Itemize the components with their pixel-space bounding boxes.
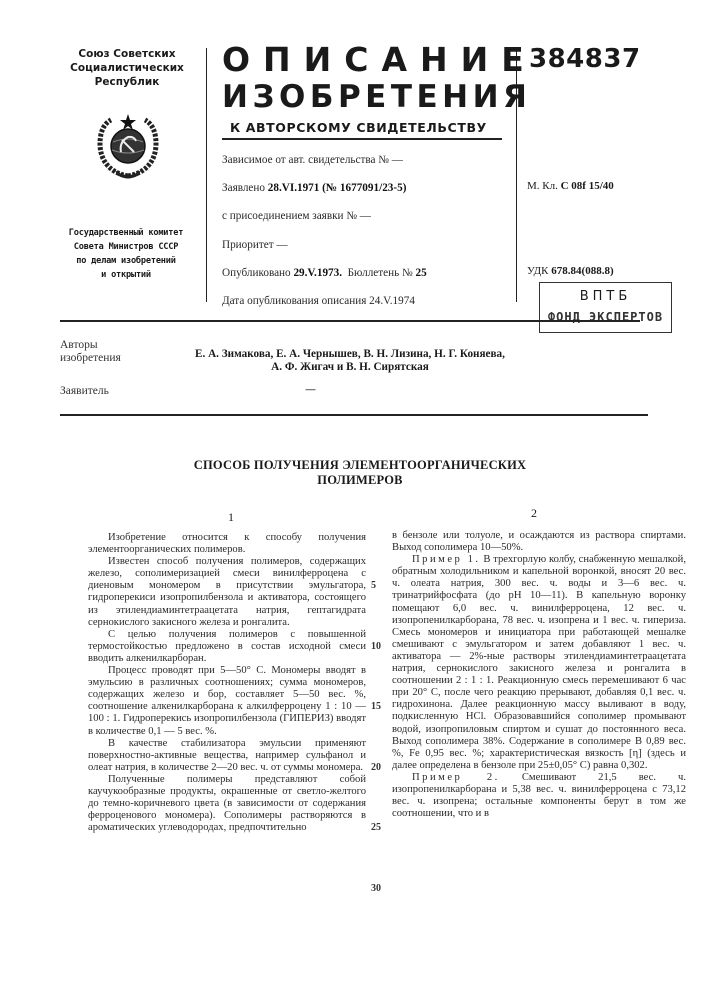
dependent-certificate: Зависимое от авт. свидетельства № — [222, 154, 403, 166]
paragraph: В качестве стабилизатора эмульсии примен… [88, 738, 366, 774]
line-number: 30 [371, 883, 381, 894]
library-stamp: ВПТБ ФОНД ЭКСПЕРТОВ [539, 282, 672, 333]
paragraph: Процесс проводят при 5—50° С. Мономеры в… [88, 665, 366, 738]
published-date: Опубликовано 29.V.1973. Бюллетень № 25 [222, 267, 427, 279]
stamp-top-text: ВПТБ [540, 289, 671, 304]
joined-application: с присоединением заявки № — [222, 210, 371, 222]
line-number: 20 [371, 762, 381, 773]
paragraph: Изобретение относится к способу получени… [88, 532, 366, 556]
paragraph-text: В качестве стабилизатора эмульсии примен… [88, 738, 366, 773]
paragraph-text: В трехгорлую колбу, снабженную мешалкой,… [392, 554, 686, 771]
classification: М. Кл. С 08f 15/40 [527, 180, 614, 192]
example-label: Пример 2. [412, 772, 500, 783]
paragraph: Известен способ получения полимеров, сод… [88, 556, 366, 629]
example-label: Пример 1. [412, 554, 481, 565]
paragraph-text: Известен способ получения полимеров, сод… [88, 556, 366, 627]
line-number: 15 [371, 701, 381, 712]
header-rule [60, 320, 640, 322]
column-number-2: 2 [531, 506, 537, 521]
paragraph-text: С целью получения полимеров с повышенной… [88, 629, 366, 664]
authors-names: Е. А. Зимакова, Е. А. Чернышев, В. Н. Ли… [150, 348, 550, 374]
ussr-emblem-icon [95, 110, 161, 182]
document-type-title: ОПИСАНИЕ [222, 42, 537, 78]
line-number: 25 [371, 822, 381, 833]
paragraph-text: Изобретение относится к способу получени… [88, 532, 366, 555]
filed-date: Заявлено 28.VI.1971 (№ 1677091/23-5) [222, 182, 406, 194]
document-subtitle: К АВТОРСКОМУ СВИДЕТЕЛЬСТВУ [230, 120, 487, 135]
paragraph-text: в бензоле или толуоле, и осаждаются из р… [392, 530, 686, 553]
line-number: 10 [371, 641, 381, 652]
invention-title: СПОСОБ ПОЛУЧЕНИЯ ЭЛЕМЕНТООРГАНИЧЕСКИХ ПО… [150, 458, 570, 488]
paragraph: в бензоле или толуоле, и осаждаются из р… [392, 530, 686, 554]
paragraph-text: Процесс проводят при 5—50° С. Мономеры в… [88, 665, 366, 736]
paragraph: Пример 2. Смешивают 21,5 вес. ч. изопроп… [392, 772, 686, 820]
committee-name: Государственный комитет Совета Министров… [62, 226, 190, 282]
applicant-label: Заявитель [60, 385, 109, 397]
authors-rule [60, 414, 648, 416]
document-type-title-2: ИЗОБРЕТЕНИЯ [222, 80, 531, 114]
text-column-1: Изобретение относится к способу получени… [88, 532, 366, 834]
patent-number: 384837 [529, 44, 641, 74]
priority: Приоритет — [222, 239, 288, 251]
line-number: 5 [371, 580, 376, 591]
authors-label: Авторы изобретения [60, 339, 121, 365]
column-number-1: 1 [228, 510, 234, 525]
description-publication-date: Дата опубликования описания 24.V.1974 [222, 295, 415, 307]
text-column-2: в бензоле или толуоле, и осаждаются из р… [392, 530, 686, 820]
issuer-name: Союз Советских Социалистических Республи… [70, 47, 184, 89]
paragraph: Пример 1. В трехгорлую колбу, снабженную… [392, 554, 686, 772]
paragraph: С целью получения полимеров с повышенной… [88, 629, 366, 665]
udk-code: УДК 678.84(088.8) [527, 265, 614, 277]
applicant-value: — [305, 383, 316, 396]
subtitle-divider [222, 138, 502, 140]
paragraph-text: Полученные полимеры представляют собой к… [88, 774, 366, 833]
paragraph: Полученные полимеры представляют собой к… [88, 774, 366, 834]
header-divider-left [206, 48, 207, 302]
